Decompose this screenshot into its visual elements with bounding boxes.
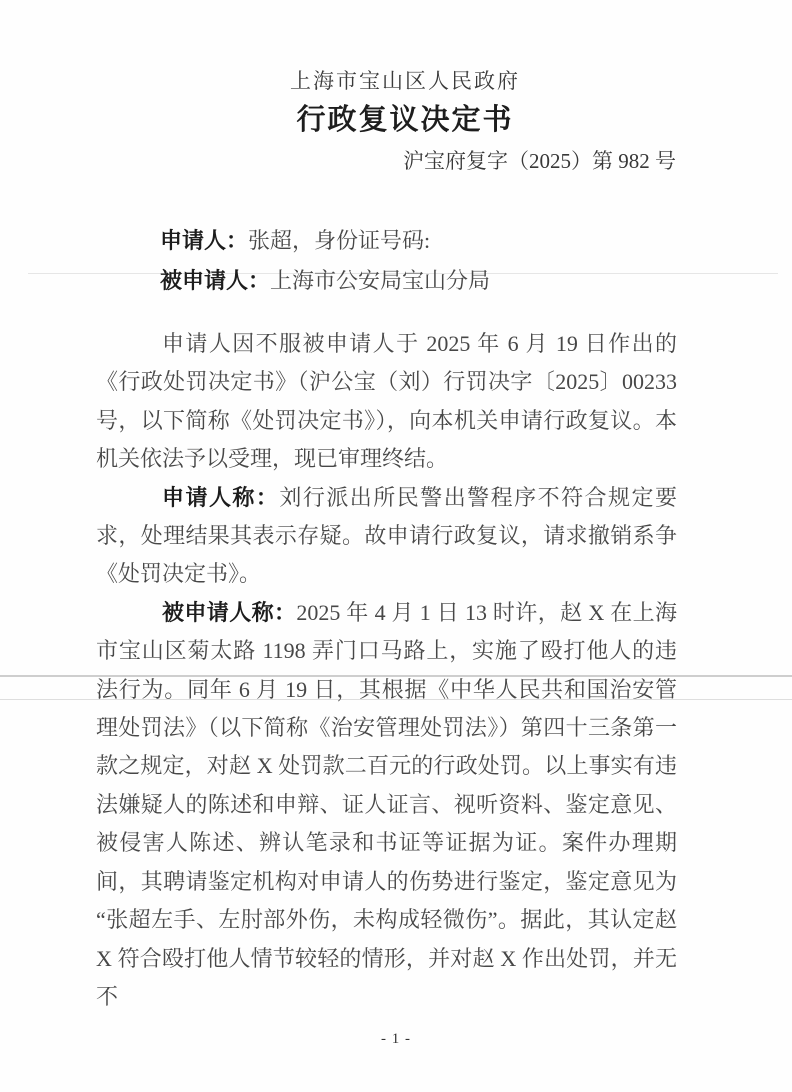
document-body: 申请人因不服被申请人于 2025 年 6 月 19 日作出的《行政处罚决定书》（… [96,325,677,1016]
applicant-line: 申请人：张超，身份证号码: [160,221,680,261]
scanned-document-page: 上海市宝山区人民政府 行政复议决定书 沪宝府复字（2025）第 982 号 申请… [0,0,792,1092]
issuing-organization: 上海市宝山区人民政府 [115,68,695,94]
paragraph-case-intro: 申请人因不服被申请人于 2025 年 6 月 19 日作出的《行政处罚决定书》（… [96,325,677,479]
respondent-line: 被申请人：上海市公安局宝山分局 [160,261,680,301]
parties-block: 申请人：张超，身份证号码: 被申请人：上海市公安局宝山分局 [160,221,680,301]
respondent-value: 上海市公安局宝山分局 [270,268,490,293]
paragraph-respondent-claim: 被申请人称：2025 年 4 月 1 日 13 时许，赵 X 在上海市宝山区菊太… [96,594,677,1016]
applicant-value: 张超，身份证号码: [248,228,430,253]
paragraph-text: 2025 年 4 月 1 日 13 时许，赵 X 在上海市宝山区菊太路 1198… [96,600,677,1009]
paragraph-lead-label: 申请人称： [162,485,279,510]
paragraph-text: 申请人因不服被申请人于 2025 年 6 月 19 日作出的《行政处罚决定书》（… [96,331,677,471]
applicant-label: 申请人： [160,228,248,253]
document-title: 行政复议决定书 [115,103,695,137]
page-number: - 1 - [381,1031,411,1047]
document-number: 沪宝府复字（2025）第 982 号 [96,148,676,174]
paragraph-lead-label: 被申请人称： [162,600,296,625]
page-footer: - 1 - [0,1030,792,1048]
paragraph-applicant-claim: 申请人称：刘行派出所民警出警程序不符合规定要求，处理结果其表示存疑。故申请行政复… [96,479,677,594]
respondent-label: 被申请人： [160,268,270,293]
document-header: 上海市宝山区人民政府 行政复议决定书 沪宝府复字（2025）第 982 号 [96,68,676,174]
